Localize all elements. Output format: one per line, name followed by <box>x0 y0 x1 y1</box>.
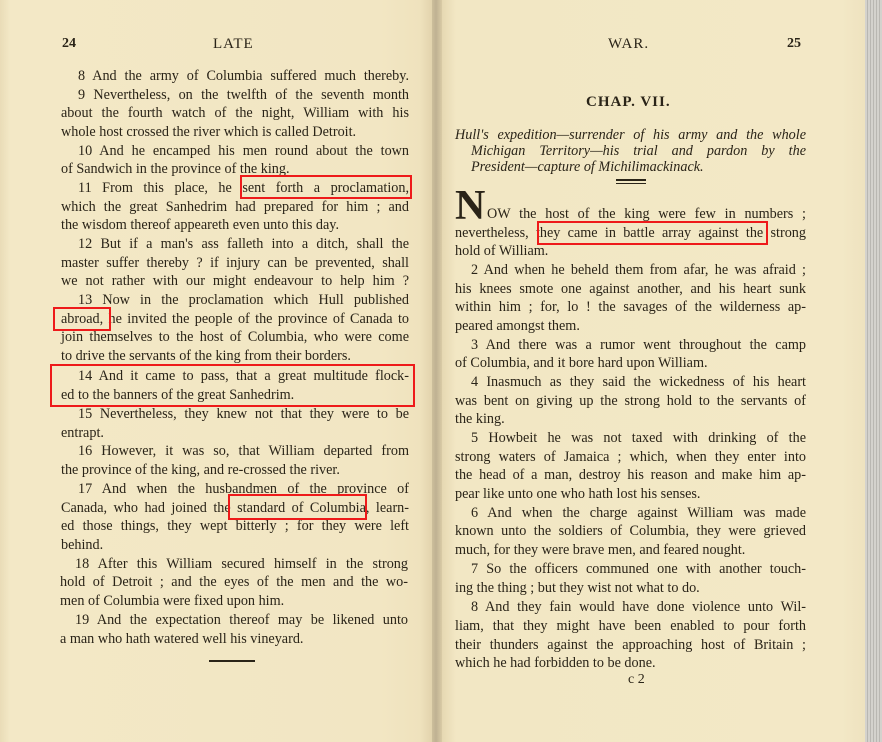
left-line: a man who hath watered well his vineyard… <box>60 630 408 648</box>
right-line: ing the thing ; but they wist not what t… <box>455 579 806 597</box>
right-line: much, for they were brave men, and feare… <box>455 541 806 559</box>
right-line: which he had forbidden to be done. <box>455 654 806 672</box>
right-line: 4 Inasmuch as they said the wickedness o… <box>471 373 806 391</box>
right-line: hold of William. <box>455 242 806 260</box>
right-line: known unto the soldiers of Columbia, the… <box>455 522 806 540</box>
right-line: the head of a man, destroy his reason an… <box>455 466 806 484</box>
left-line: which the great Sanhedrim had prepared f… <box>61 198 409 216</box>
left-line: of Sandwich in the province of the king. <box>61 160 409 178</box>
left-line: abroad, he invited the people of the pro… <box>61 310 409 328</box>
left-line: whole host crossed the river which is ca… <box>61 123 409 141</box>
right-page-edges <box>865 0 882 742</box>
right-running-head: WAR. <box>608 36 649 53</box>
left-line: ed to the banners of the great Sanhedrim… <box>61 386 409 404</box>
book-gutter <box>432 0 442 742</box>
right-line: of Columbia, and it bore hard upon Willi… <box>455 354 806 372</box>
left-line: 18 After this William secured himself in… <box>75 555 408 573</box>
right-line: within him ; for, lo ! the savages of th… <box>455 298 806 316</box>
right-line: 5 Howbeit he was not taxed with drinking… <box>471 429 806 447</box>
right-line: peared amongst them. <box>455 317 806 335</box>
left-line: behind. <box>61 536 409 554</box>
right-line: liam, that they might have been enabled … <box>455 617 806 635</box>
right-line: 6 And when the charge against William wa… <box>471 504 806 522</box>
left-line: join themselves to the host of Columbia,… <box>61 328 409 346</box>
left-line: we not rather with our might endeavour t… <box>61 272 409 290</box>
right-line: 2 And when he beheld them from afar, he … <box>471 261 806 279</box>
right-line: pear like unto one who hath lost his sen… <box>455 485 806 503</box>
section-end-rule <box>209 660 255 662</box>
right-line: 8 And they fain would have done violence… <box>471 598 806 616</box>
left-line: 11 From this place, he sent forth a proc… <box>78 179 409 197</box>
left-line: about the fourth watch of the night, Wil… <box>61 104 409 122</box>
left-line: the province of the king, and re-crossed… <box>61 461 409 479</box>
chapter-summary-line: Hull's expedition—surrender of his army … <box>455 127 806 143</box>
left-line: men of Columbia were fixed upon him. <box>60 592 408 610</box>
left-line: hold of Detroit ; and the eyes of the me… <box>60 573 408 591</box>
right-line: the king. <box>455 410 806 428</box>
left-line: Canada, who had joined the standard of C… <box>61 499 409 517</box>
left-line: master suffer thereby ? if injury can be… <box>61 254 409 272</box>
left-line: 8 And the army of Columbia suffered much… <box>78 67 409 85</box>
chapter-divider-rule <box>616 179 646 184</box>
printer-signature: c 2 <box>628 672 645 688</box>
right-line: OW the host of the king were few in numb… <box>487 205 806 223</box>
left-line: 15 Nevertheless, they knew not that they… <box>78 405 409 423</box>
left-line: 17 And when the husbandmen of the provin… <box>78 480 409 498</box>
right-line: strong waters of Jamaica ; which, when t… <box>455 448 806 466</box>
right-line: 3 And there was a rumor went throughout … <box>471 336 806 354</box>
right-line: his knees smote one against another, and… <box>455 280 806 298</box>
right-folio: 25 <box>787 36 801 52</box>
chapter-summary-line: President—capture of Michilimackinack. <box>471 159 806 175</box>
left-line: 9 Nevertheless, on the twelfth of the se… <box>78 86 409 104</box>
left-line: entrapt. <box>61 424 409 442</box>
left-running-head: LATE <box>213 36 254 53</box>
left-line: to drive the servants of the king from t… <box>61 347 409 365</box>
left-line: ed those things, they wept bitterly ; fo… <box>61 517 409 535</box>
left-line: 19 And the expectation thereof may be li… <box>75 611 408 629</box>
left-line: 13 Now in the proclamation which Hull pu… <box>78 291 409 309</box>
right-line: their thunders against the approaching h… <box>455 636 806 654</box>
left-line: the wisdom thereof appeareth even unto t… <box>61 216 409 234</box>
right-line: 7 So the officers communed one with anot… <box>471 560 806 578</box>
drop-cap: N <box>455 186 485 226</box>
left-line: 14 And it came to pass, that a great mul… <box>78 367 409 385</box>
chapter-title: CHAP. VII. <box>586 94 671 111</box>
left-line: 10 And he encamped his men round about t… <box>78 142 409 160</box>
right-line: was bent on giving up the strong hold to… <box>455 392 806 410</box>
right-line: nevertheless, they came in battle array … <box>455 224 806 242</box>
chapter-summary-line: Michigan Territory—his trial and pardon … <box>471 143 806 159</box>
left-line: 16 However, it was so, that William depa… <box>78 442 409 460</box>
left-line: 12 But if a man's ass falleth into a dit… <box>78 235 409 253</box>
book-spread: 24 LATE 8 And the army of Columbia suffe… <box>0 0 882 742</box>
left-folio: 24 <box>62 36 76 52</box>
